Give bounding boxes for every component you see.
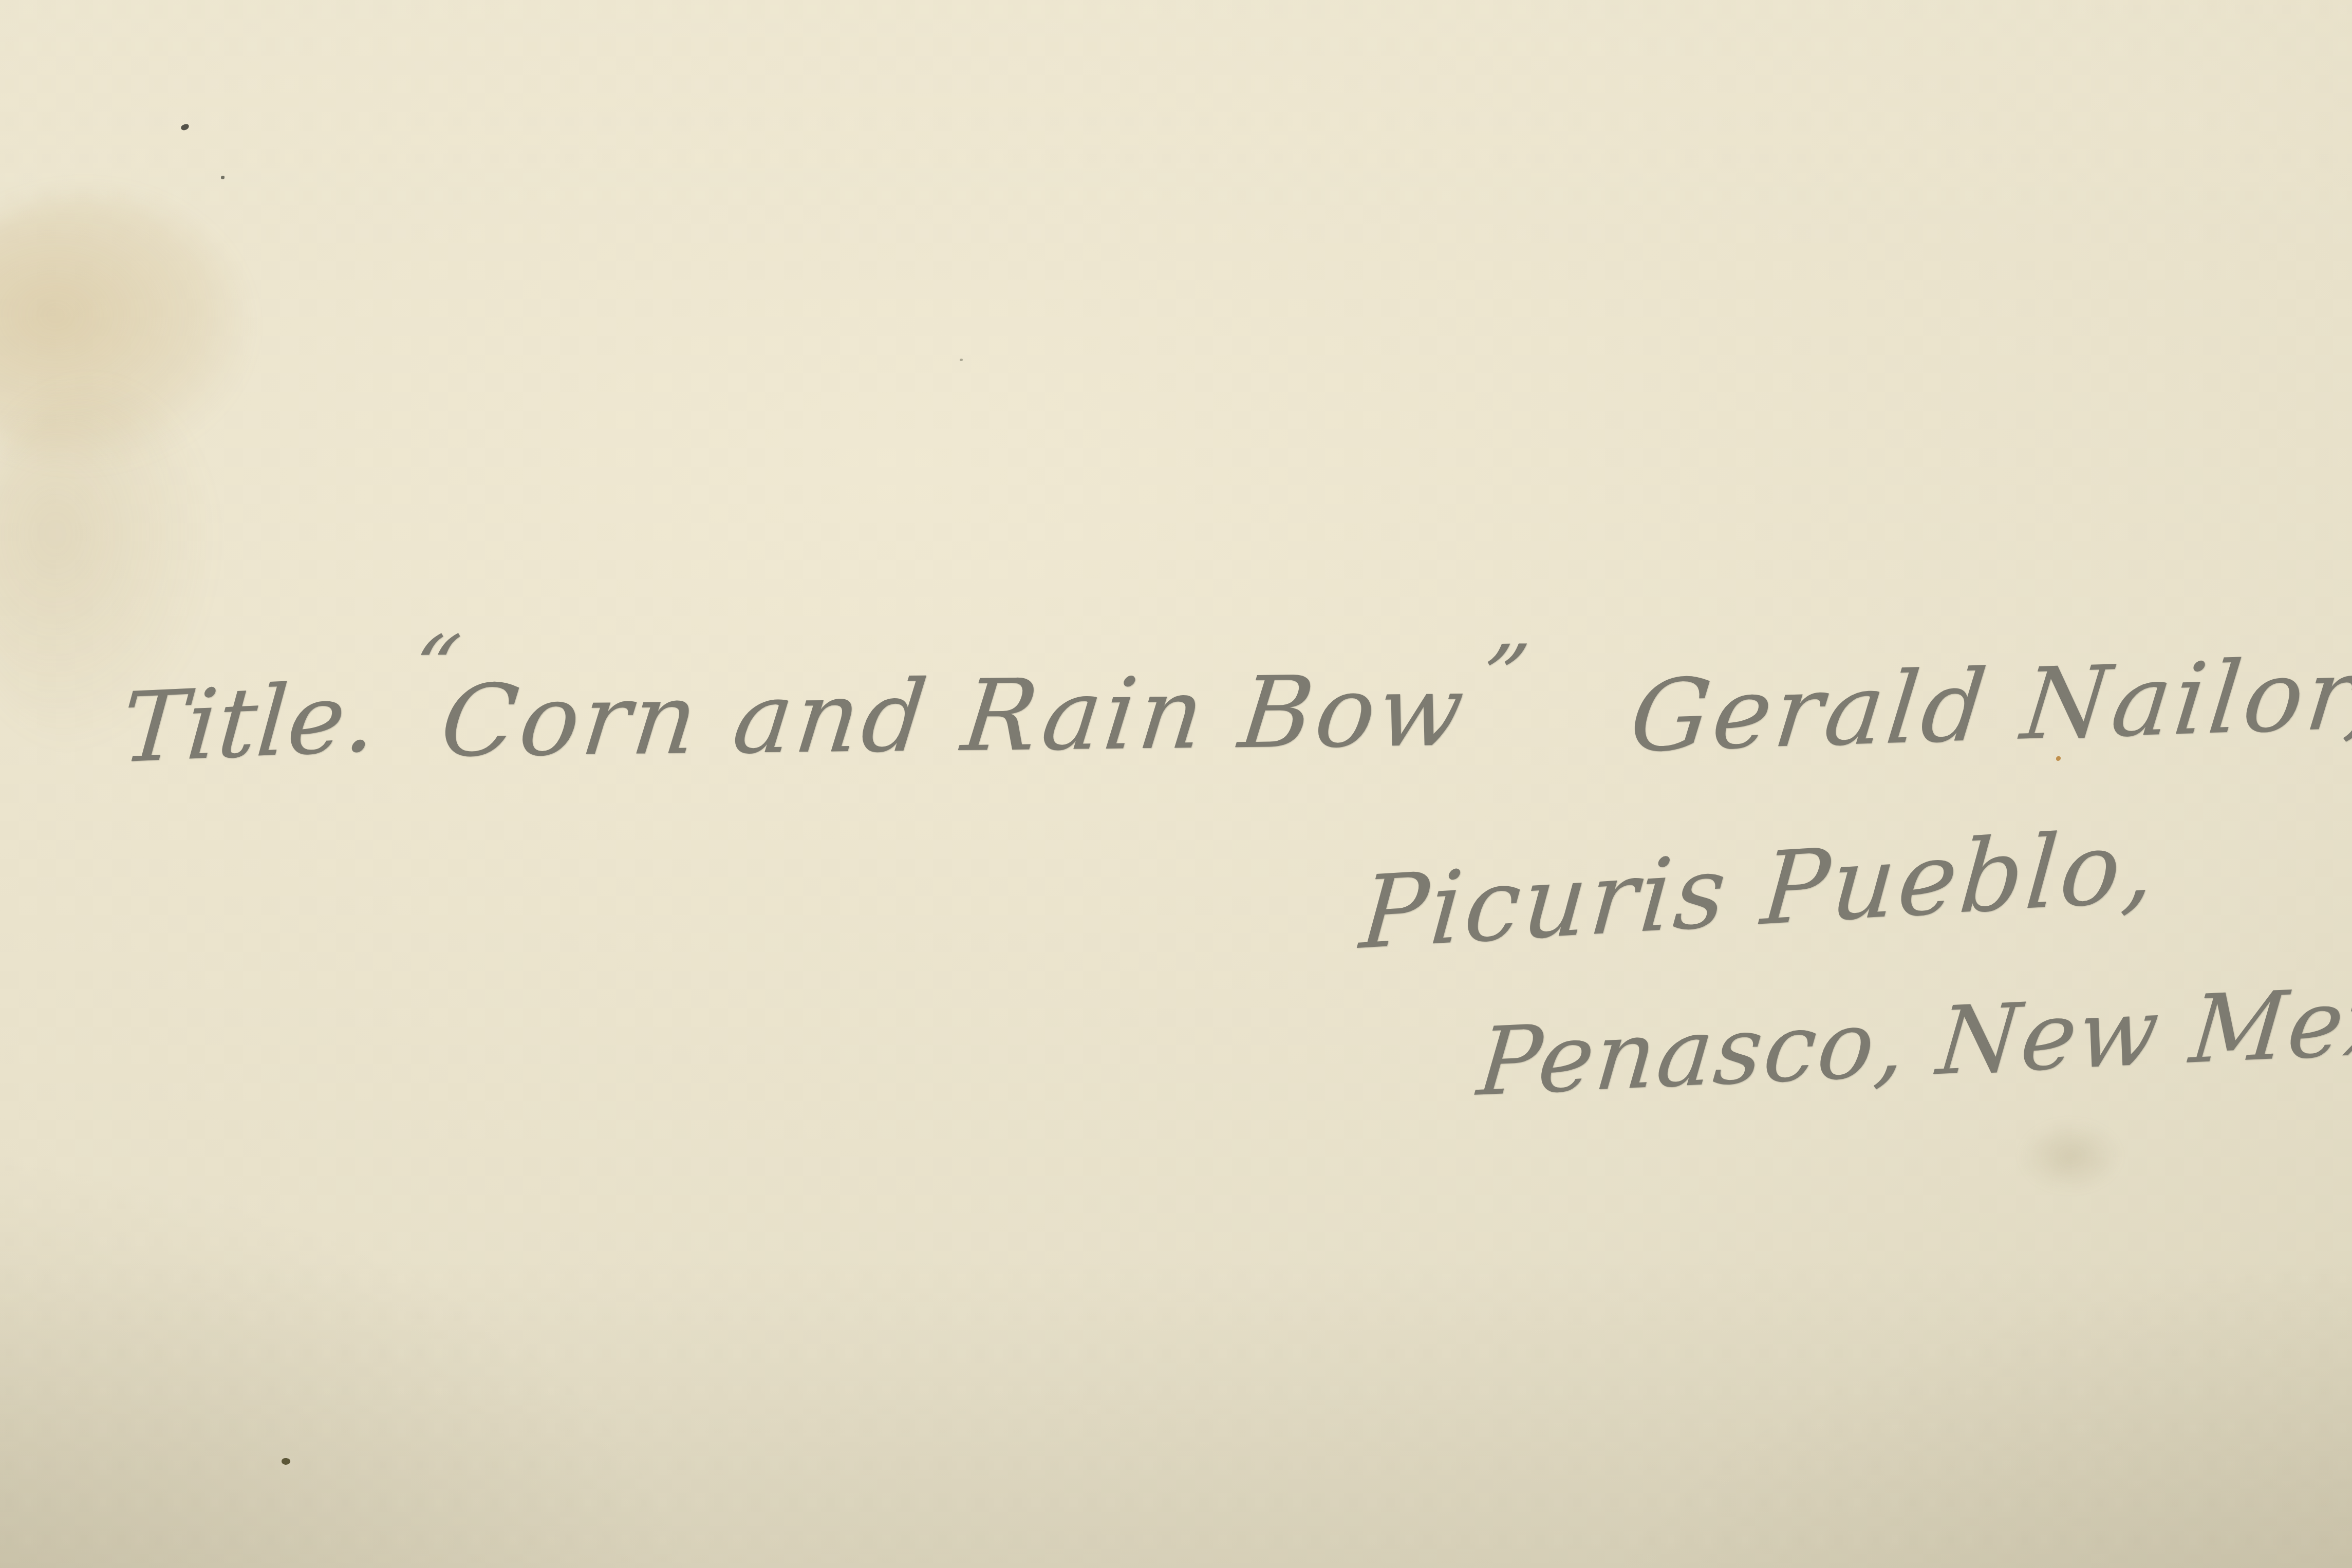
dirt-speck — [960, 359, 963, 361]
inscription-line-pueblo: Picuris Pueblo, — [1356, 807, 2162, 972]
close-quote-mark: ” — [1467, 626, 1536, 729]
artwork-title: Corn and Rain Bow — [435, 654, 1472, 779]
inscription-line-location: Penasco, New Mex. — [1473, 964, 2352, 1117]
paper-smudge — [2019, 1120, 2122, 1192]
title-label: Title. — [118, 661, 381, 785]
paper-sheet: Title. “ Corn and Rain Bow ” Gerald Nail… — [0, 0, 2352, 1568]
artist-name: Gerald Nailor, — [1625, 637, 2352, 775]
dirt-speck — [180, 123, 190, 131]
dirt-speck — [221, 176, 225, 179]
inscription-line-title-artist: Title. “ Corn and Rain Bow ” Gerald Nail… — [122, 644, 2352, 782]
photo-vignette — [0, 0, 2352, 1568]
dirt-speck — [281, 1458, 291, 1466]
